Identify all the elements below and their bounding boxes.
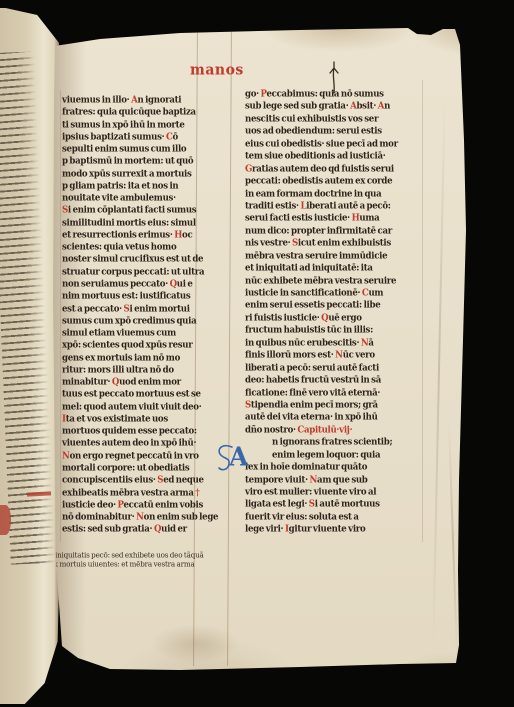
ink-text: lex in hoīe dominatur quāto: [245, 462, 367, 473]
text-line: Gratias autem deo qd fuistis serui: [245, 163, 425, 176]
ink-text: et iniquitati ad iniquitatē: ita: [245, 263, 373, 274]
ink-text: p gliam patris: ita et nos in: [62, 181, 178, 192]
ink-text: uma: [359, 213, 379, 224]
ink-text: fratres: quia quicūque baptiza: [62, 107, 196, 118]
rubricated-text: N: [62, 451, 70, 462]
ink-text: nō dominabitur·: [62, 512, 136, 523]
text-line: finis illorū mors est· Nūc vero: [245, 349, 425, 362]
ruling-line-text-left: [60, 90, 61, 542]
ink-text: tem siue obeditionis ad iusticiā·: [245, 151, 385, 162]
ink-text: num dico: propter infirmitatē car: [245, 226, 392, 237]
text-line: Si enim cōplantati facti sumus: [62, 204, 232, 217]
ink-text: uos ad obediendum: serui estis: [245, 126, 382, 137]
text-line: ligata est legi· Si autē mortuus: [245, 498, 425, 511]
text-line: ex mortuis uiuentes: et mēbra vestra arm…: [50, 560, 250, 569]
ink-text: similitudini mortis eius: simul: [62, 218, 196, 229]
ink-text: ficatione: finē vero vitā eternā·: [245, 388, 380, 399]
ink-text: sub lege sed sub gratia·: [245, 101, 350, 112]
ink-text: nouitate vite ambulemus·: [62, 193, 176, 204]
running-title: manos: [190, 61, 244, 78]
ink-text: on ergo regnet peccatū in vro: [70, 451, 199, 462]
ink-text: ex mortuis uiuentes: et mēbra vestra arm…: [50, 559, 195, 569]
ink-text: concupiscentiis eius·: [62, 475, 157, 486]
text-line: et iniquitati ad iniquitatē: ita: [245, 262, 425, 275]
text-line: concupiscentiis eius· Sed neque: [62, 474, 232, 487]
marginal-gloss-footnote: † iniquitatis pecō: sed exhibete uos deo…: [50, 551, 250, 568]
ink-text: ui e: [177, 279, 193, 290]
text-line: autē dei vita eterna· in xpō ihū: [245, 411, 425, 424]
ink-text: sumus cum xpō credimus quia: [62, 316, 196, 327]
ink-text: eccatū enim vobis: [123, 500, 203, 511]
text-line: ipsius baptizati sumus· Cō: [62, 131, 232, 144]
text-line: uos ad obediendum: serui estis: [245, 125, 425, 138]
ink-text: autē dei vita eterna· in xpō ihū: [245, 412, 378, 423]
text-line: Non ergo regnet peccatū in vro: [62, 450, 232, 463]
ink-text: i autē mortuus: [315, 499, 380, 510]
ink-text: on enim sub lege: [144, 512, 219, 523]
text-column-left: viuemus in illo· An ignoratifratres: qui…: [62, 94, 232, 536]
text-line: in eam formam doctrine in qua: [245, 188, 425, 201]
text-line: sumus cum xpō credimus quia: [62, 315, 232, 328]
ink-text: ā: [368, 338, 373, 349]
ink-text: n ignorati: [137, 95, 181, 106]
rubricated-text: N: [136, 512, 144, 523]
ink-text: i enim cōplantati facti sumus: [68, 205, 196, 216]
ink-text: mel: quod autem viuit viuit deo·: [62, 402, 201, 413]
ink-text: nescitis cui exhibuistis vos ser: [245, 114, 378, 125]
ink-text: bsit·: [356, 101, 377, 112]
rubricated-text: H: [174, 230, 182, 241]
text-line: modo xpūs surrexit a mortuis: [62, 168, 232, 181]
ink-text: iberati autē a pecō:: [306, 201, 390, 212]
text-line: noster simul crucifixus est ut de: [62, 253, 232, 266]
chapter-initial-dropcap: A: [229, 442, 255, 474]
text-line: liberati a pecō: serui autē facti: [245, 362, 425, 375]
text-line: tuus est peccato mortuus est se: [62, 388, 232, 401]
text-line: viuentes autem deo in xpō ihū·: [62, 437, 232, 450]
text-line: et resurrectionis erimus· Hoc: [62, 229, 232, 242]
text-line: tempore viuit· Nam que sub: [245, 474, 425, 487]
rubricated-text: Capitulū·vij·: [297, 425, 352, 436]
ink-text: minabitur·: [62, 377, 112, 388]
ink-text: p baptismū in mortem: ut quō: [62, 156, 193, 167]
ink-text: deo: habetis fructū vestrū in sā: [245, 375, 381, 386]
facing-page-red-initial: [0, 505, 11, 535]
ink-text: lege viri·: [245, 524, 285, 535]
ink-text: n: [384, 101, 390, 112]
ink-text: eccabimus: quia nō sumus: [266, 89, 383, 100]
ink-text: iusticie in sanctificationē·: [245, 288, 362, 299]
rubricated-text: Q: [170, 279, 177, 290]
ink-text: ta et vos existimate uos: [66, 414, 168, 425]
ink-text: mortali corpore: ut obediatis: [62, 463, 189, 474]
text-column-right: go· Peccabimus: quia nō sumussub lege se…: [245, 88, 425, 536]
text-line: mēbra vestra seruire immūdicie: [245, 250, 425, 263]
ink-text: viuemus in illo·: [62, 95, 131, 106]
ink-text: scientes: quia vetus homo: [62, 242, 176, 253]
parchment-crease: [448, 420, 458, 660]
text-line: gens ex mortuis iam nō mo: [62, 352, 232, 365]
text-line: struatur corpus peccati: ut ultra: [62, 266, 232, 279]
manuscript-photo: manos viuemus in illo· An ignoratifratre…: [0, 0, 514, 707]
ink-text: dño nostro·: [245, 425, 297, 436]
text-line: in quibus nūc erubescitis· Nā: [245, 337, 425, 350]
ink-text: viro est mulier: viuente viro al: [245, 487, 376, 498]
ink-text: non seruiamus peccato·: [62, 279, 170, 290]
ink-text: traditi estis·: [245, 201, 300, 212]
facing-page-edge: [0, 8, 62, 704]
text-line: xpō: scientes quod xpūs resur: [62, 339, 232, 352]
ink-text: gens ex mortuis iam nō mo: [62, 353, 180, 364]
text-line: fructum habuistis tūc in illis:: [245, 324, 425, 337]
ink-text: ipsius baptizati sumus·: [62, 132, 166, 143]
ink-text: uē ergo: [328, 313, 361, 324]
ink-text: ratias autem deo qd fuistis serui: [252, 164, 394, 175]
rubricated-text: Q: [112, 377, 119, 388]
ink-text: n ignorans fratres scientib;: [272, 437, 392, 448]
text-line: ritur: mors illi ultra nō do: [62, 364, 232, 377]
ink-text: i enim mortui: [129, 304, 189, 315]
text-line: est a peccato· Si enim mortui: [62, 303, 232, 316]
ink-text: in eam formam doctrine in qua: [245, 189, 381, 200]
rubricated-text: †: [195, 488, 199, 499]
ink-text: nis vestre·: [245, 238, 292, 249]
ink-text: est a peccato·: [62, 304, 124, 315]
manuscript-page: manos viuemus in illo· An ignoratifratre…: [0, 0, 514, 707]
ink-text: xpō: scientes quod xpūs resur: [62, 340, 192, 351]
text-line: nis vestre· Sicut enim exhibuistis: [245, 237, 425, 250]
ink-text: uid er: [161, 524, 187, 535]
ink-text: oc: [182, 230, 192, 241]
ink-text: uod enim mor: [119, 377, 181, 388]
ink-text: tempore viuit·: [245, 475, 309, 486]
text-line: nūc exhibete mēbra vestra seruire: [245, 275, 425, 288]
ink-text: go·: [245, 89, 261, 100]
ink-text: tipendia enim pecī mors; grā: [251, 400, 378, 411]
ink-text: ūc vero: [343, 350, 375, 361]
text-line: eius cui obedistis· siue pecī ad mor: [245, 138, 425, 151]
ink-text: serui facti estis iusticie·: [245, 213, 352, 224]
ink-text: ri fuistis iusticie·: [245, 313, 321, 324]
ink-text: modo xpūs surrexit a mortuis: [62, 169, 192, 180]
ink-text: enim serui essetis peccati: libe: [245, 300, 380, 311]
text-line: similitudini mortis eius: simul: [62, 217, 232, 230]
text-line: sub lege sed sub gratia· Absit· An: [245, 100, 425, 113]
ink-text: ritur: mors illi ultra nō do: [62, 365, 174, 376]
text-line: nim mortuus est: iustificatus: [62, 290, 232, 303]
ink-text: mēbra vestra seruire immūdicie: [245, 251, 387, 262]
ink-text: in quibus nūc erubescitis·: [245, 338, 361, 349]
ink-text: viuentes autem deo in xpō ihū·: [62, 438, 196, 449]
ink-text: estis: sed sub gratia·: [62, 524, 154, 535]
ink-text: um: [368, 288, 383, 299]
ink-text: noster simul crucifixus est ut de: [62, 255, 203, 266]
ink-text: am que sub: [317, 475, 367, 486]
rubricated-text: N: [335, 350, 343, 361]
parchment-crease: [432, 90, 446, 650]
ink-text: ligata est legi·: [245, 499, 309, 510]
ink-text: simul etiam viuemus cum: [62, 328, 176, 339]
text-line: deo: habetis fructū vestrū in sā: [245, 374, 425, 387]
ink-text: liberati a pecō: serui autē facti: [245, 363, 379, 374]
rubricated-text: N: [309, 475, 317, 486]
text-line: exhibeatis mēbra vestra arma †: [62, 487, 232, 500]
ink-text: sepulti enim sumus cum illo: [62, 144, 186, 155]
ink-text: iusticie deo·: [62, 500, 118, 511]
ink-text: icut enim exhibuistis: [298, 238, 391, 249]
text-line: lex in hoīe dominatur quāto: [245, 461, 425, 474]
ink-text: struatur corpus peccati: ut ultra: [62, 267, 204, 278]
rubricated-text: G: [245, 164, 252, 175]
ink-text: tuus est peccato mortuus est se: [62, 389, 201, 400]
ink-text: gitur viuente viro: [289, 524, 366, 535]
ink-text: nim mortuus est: iustificatus: [62, 291, 190, 302]
text-line: lege viri· Igitur viuente viro: [245, 523, 425, 536]
text-line: ficatione: finē vero vitā eternā·: [245, 387, 425, 400]
ink-text: peccati: obedistis autem ex corde: [245, 176, 392, 187]
text-line: p gliam patris: ita et nos in: [62, 180, 232, 193]
text-line: fratres: quia quicūque baptiza: [62, 106, 232, 119]
text-line: enim legem loquor: quia: [245, 449, 425, 462]
text-line: peccati: obedistis autem ex corde: [245, 175, 425, 188]
ink-text: ed neque: [163, 475, 204, 486]
ink-text: eius cui obedistis· siue pecī ad mor: [245, 139, 398, 150]
ink-text: nūc exhibete mēbra vestra seruire: [245, 276, 396, 287]
ink-text: finis illorū mors est·: [245, 350, 335, 361]
ink-text: ti sumus in xpō ihū in morte: [62, 120, 185, 131]
ink-text: enim legem loquor: quia: [272, 450, 380, 461]
text-line: iusticie deo· Peccatū enim vobis: [62, 499, 232, 512]
text-line: Ita et vos existimate uos: [62, 413, 232, 426]
text-line: n ignorans fratres scientib;: [245, 436, 425, 449]
ink-text: et resurrectionis erimus·: [62, 230, 174, 241]
text-line: serui facti estis iusticie· Huma: [245, 212, 425, 225]
text-line: ti sumus in xpō ihū in morte: [62, 119, 232, 132]
facing-page-text-texture: [0, 51, 57, 564]
ink-text: fructum habuistis tūc in illis:: [245, 325, 373, 336]
ink-text: fuerit vir eius: soluta est a: [245, 512, 359, 523]
text-line: p baptismū in mortem: ut quō: [62, 155, 232, 168]
text-line: estis: sed sub gratia· Quid er: [62, 523, 232, 536]
ink-text: mortuos quidem esse peccato:: [62, 426, 197, 437]
text-line: enim serui essetis peccati: libe: [245, 299, 425, 312]
ink-text: exhibeatis mēbra vestra arma: [62, 488, 195, 499]
ink-text: ō: [173, 132, 178, 143]
text-line: tem siue obeditionis ad iusticiā·: [245, 150, 425, 163]
text-line: mel: quod autem viuit viuit deo·: [62, 401, 232, 414]
